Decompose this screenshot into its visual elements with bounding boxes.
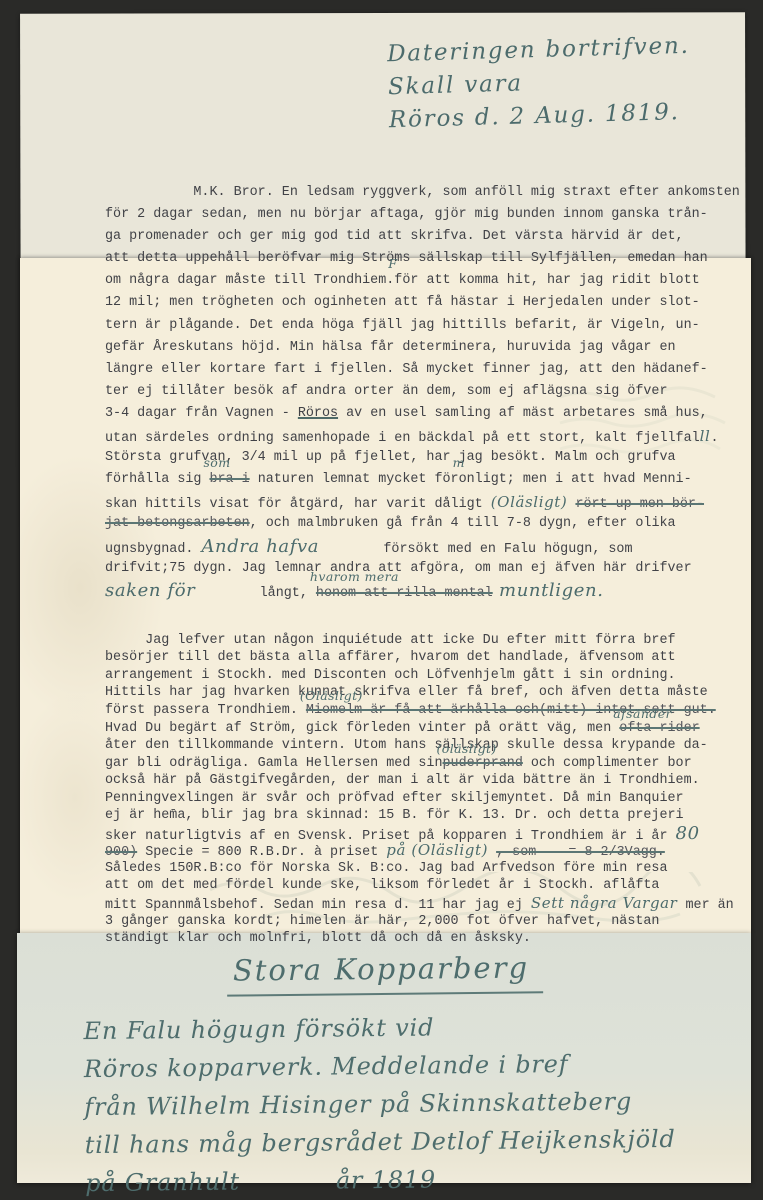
struck-text: jat betongsarbeten [105, 516, 250, 531]
struck-text: puderprand [443, 756, 523, 771]
letter-line: åter den tillkommande vintern. Utom hans… [105, 737, 755, 755]
typed-text: M.K. Bror. En ledsam ryggverk, som anföl… [105, 185, 740, 200]
letter-paragraph-1: M.K. Bror. En ledsam ryggverk, som anföl… [105, 182, 755, 602]
typed-text: om några dagar måste till Trondhiem. [105, 273, 394, 288]
typed-text: mitt Spannmålsbehof. Sedan min resa d. 1… [105, 898, 531, 913]
struck-text: honom att rilla mental [316, 586, 493, 601]
typed-text: Specie = 800 R.B.Dr. à priset [137, 845, 386, 860]
typed-text: först passera Trondhiem. [105, 703, 306, 718]
letter-line: arrangement i Stockh. med Disconten och … [105, 667, 755, 685]
struck-text: 900) [105, 845, 137, 860]
typed-text: Således 150R.B:co för Norska Sk. B:co. J… [105, 861, 668, 876]
handwritten-text: Sett några Vargar [531, 894, 678, 912]
handwritten-text: ll [700, 427, 711, 445]
typed-text: . [710, 431, 718, 446]
letter-line: Hvad Du begärt af Ström, gick förleden v… [105, 720, 755, 738]
typed-text: utan särdeles ordning samenhopade i en b… [105, 431, 700, 446]
handwritten-text: på (Oläsligt) [386, 841, 488, 859]
typed-text: ga promenader och ger mig god tid att sk… [105, 229, 684, 244]
bottom-note: Stora Kopparberg En Falu högugn försökt … [0, 944, 763, 1200]
letter-line: Således 150R.B:co för Norska Sk. B:co. J… [105, 860, 755, 878]
typed-text: ugnsbygnad. [105, 542, 201, 557]
note-line: till hans måg bergsrådet Detlof Heijkens… [85, 1119, 763, 1164]
letter-line: att detta uppehåll beröfvar mig Ströms s… [105, 248, 755, 270]
note-title: Stora Kopparberg [227, 946, 544, 996]
typed-text: också här på Gästgifvegården, der man i … [105, 773, 700, 788]
handwritten-text: 80 [676, 823, 700, 844]
note-lines: En Falu högugn försökt vid Röros kopparv… [83, 1005, 763, 1200]
typed-text: för att komma hit, har jag ridit blott [394, 273, 699, 288]
typed-text: mer än [677, 898, 733, 913]
letter-line: också här på Gästgifvegården, der man i … [105, 772, 755, 790]
scanned-letter-page: { "document": { "colors": { "backdrop": … [0, 0, 763, 1200]
letter-line: ter ej tillåter besök af andra orter än … [105, 381, 755, 403]
typed-text: naturen lemnat mycket för [250, 472, 459, 487]
letter-line: gar bli odrägliga. Gamla Hellersen med s… [105, 755, 755, 773]
letter-line: ugnsbygnad. Andra hafva försökt med en F… [105, 536, 755, 558]
typed-text: skan hittils visat för åtgärd, har varit… [105, 497, 491, 512]
letter-line: ej är hem̄a, blir jag bra skinnad: 15 B.… [105, 807, 755, 825]
typed-text: Penningvexlingen är svår och pröfvad eft… [105, 791, 684, 806]
letter-line: 12 mil; men trögheten och oginheten att … [105, 292, 755, 314]
struck-text: , som = 8 2/3Vagg. [496, 845, 665, 860]
typed-text [488, 845, 496, 860]
letter-line: sker naturligtvis af en Svensk. Priset p… [105, 825, 755, 843]
letter-line: besörjer till det bästa alla affärer, hv… [105, 649, 755, 667]
letter-line: om några dagar måste till Trondhiem.Fför… [105, 270, 755, 292]
typed-text: 12 mil; men trögheten och oginheten att … [105, 295, 700, 310]
letter-line: för 2 dagar sedan, men nu börjar aftaga,… [105, 204, 755, 226]
letter-line: M.K. Bror. En ledsam ryggverk, som anföl… [105, 182, 755, 204]
typed-text: för 2 dagar sedan, men nu börjar aftaga,… [105, 207, 708, 222]
typed-text: Jag lefver utan någon inquiétude att ick… [105, 633, 676, 648]
typed-text: och complimenter bor [523, 756, 692, 771]
typed-text: ej är hem̄a, blir jag bra skinnad: 15 B.… [105, 808, 684, 823]
struck-text: rört up men bör- [575, 497, 704, 512]
letter-line: utan särdeles ordning samenhopade i en b… [105, 425, 755, 447]
typed-text: att detta uppehåll beröfvar mig Ströms s… [105, 251, 708, 266]
typed-text: 3-4 dagar från Vagnen - [105, 406, 298, 421]
typed-text: ständigt klar och molnfri, blott då och … [105, 931, 531, 946]
typed-text: långt, [195, 586, 316, 601]
typed-text: förhålla sig [105, 472, 209, 487]
typed-letter: M.K. Bror. En ledsam ryggverk, som anföl… [105, 152, 755, 963]
letter-line: Penningvexlingen är svår och pröfvad eft… [105, 790, 755, 808]
top-annotation: Dateringen bortrifven. Skall vara Röros … [387, 30, 692, 137]
typed-text: åter den tillkommande vintern. Utom hans… [105, 738, 708, 753]
letter-line: 3-4 dagar från Vagnen - Röros av en usel… [105, 403, 755, 425]
typed-text: Största grufvan, 3/4 mil up på fjellet, … [105, 450, 676, 465]
letter-line: gefär Åreskutans höjd. Min hälsa får det… [105, 337, 755, 359]
typed-text: onligt; men i att hvad Menni- [459, 472, 692, 487]
typed-text: längre eller kortare fart i fjellen. Så … [105, 362, 708, 377]
typed-text: gefär Åreskutans höjd. Min hälsa får det… [105, 340, 676, 355]
letter-line: 900) Specie = 800 R.B.Dr. à priset på (O… [105, 842, 755, 860]
typed-text: Hittils har jag hvarken kunnat skrifva e… [105, 685, 708, 700]
typed-text: försökt med en Falu högugn, som [319, 542, 632, 557]
letter-line: skan hittils visat för åtgärd, har varit… [105, 491, 755, 513]
letter-line: jat betongsarbeten, och malmbruken gå fr… [105, 513, 755, 535]
note-line: på Granhultår 1819 [85, 1157, 763, 1200]
typed-text: tern är plågande. Det enda höga fjäll ja… [105, 318, 700, 333]
typed-text: ter ej tillåter besök af andra orter än … [105, 384, 668, 399]
typed-text: Röros [298, 406, 338, 421]
typed-text: Hvad Du begärt af Ström, gick förleden v… [105, 721, 619, 736]
note-place: på Granhult [85, 1167, 240, 1197]
typed-text: , och malmbruken gå från 4 till 7-8 dygn… [250, 516, 676, 531]
handwritten-text: saken för [105, 580, 195, 601]
handwritten-text: muntligen. [493, 580, 604, 601]
handwritten-text: (Oläsligt) [491, 493, 568, 511]
letter-line: tern är plågande. Det enda höga fjäll ja… [105, 315, 755, 337]
letter-line: Hittils har jag hvarken kunnat skrifva e… [105, 684, 755, 702]
letter-line: ga promenader och ger mig god tid att sk… [105, 226, 755, 248]
note-year: år 1819 [336, 1160, 436, 1199]
letter-line: förhålla sig sombra i naturen lemnat myc… [105, 469, 755, 491]
letter-line: saken för långt, hvarom merahonom att ri… [105, 580, 755, 602]
typed-text: av en usel samling af mäst arbetares små… [338, 406, 708, 421]
letter-line: längre eller kortare fart i fjellen. Så … [105, 359, 755, 381]
letter-line: 3 gånger ganska kordt; himelen är här, 2… [105, 913, 755, 931]
letter-line: Jag lefver utan någon inquiétude att ick… [105, 632, 755, 650]
typed-text: arrangement i Stockh. med Disconten och … [105, 668, 676, 683]
letter-line: mitt Spannmålsbehof. Sedan min resa d. 1… [105, 895, 755, 913]
typed-text: besörjer till det bästa alla affärer, hv… [105, 650, 676, 665]
letter-line: att om det med fördel kunde ske, liksom … [105, 877, 755, 895]
letter-line: drifvit;75 dygn. Jag lemnar andra att af… [105, 558, 755, 580]
letter-paragraph-2: Jag lefver utan någon inquiétude att ick… [105, 632, 755, 948]
struck-text: bra i [209, 472, 249, 487]
struck-text: ofta rider [619, 721, 699, 736]
typed-text: att om det med fördel kunde ske, liksom … [105, 878, 659, 893]
typed-text: gar bli odrägliga. Gamla Hellersen med s… [105, 756, 443, 771]
typed-text: 3 gånger ganska kordt; himelen är här, 2… [105, 914, 659, 929]
handwritten-text: Andra hafva [201, 536, 319, 557]
